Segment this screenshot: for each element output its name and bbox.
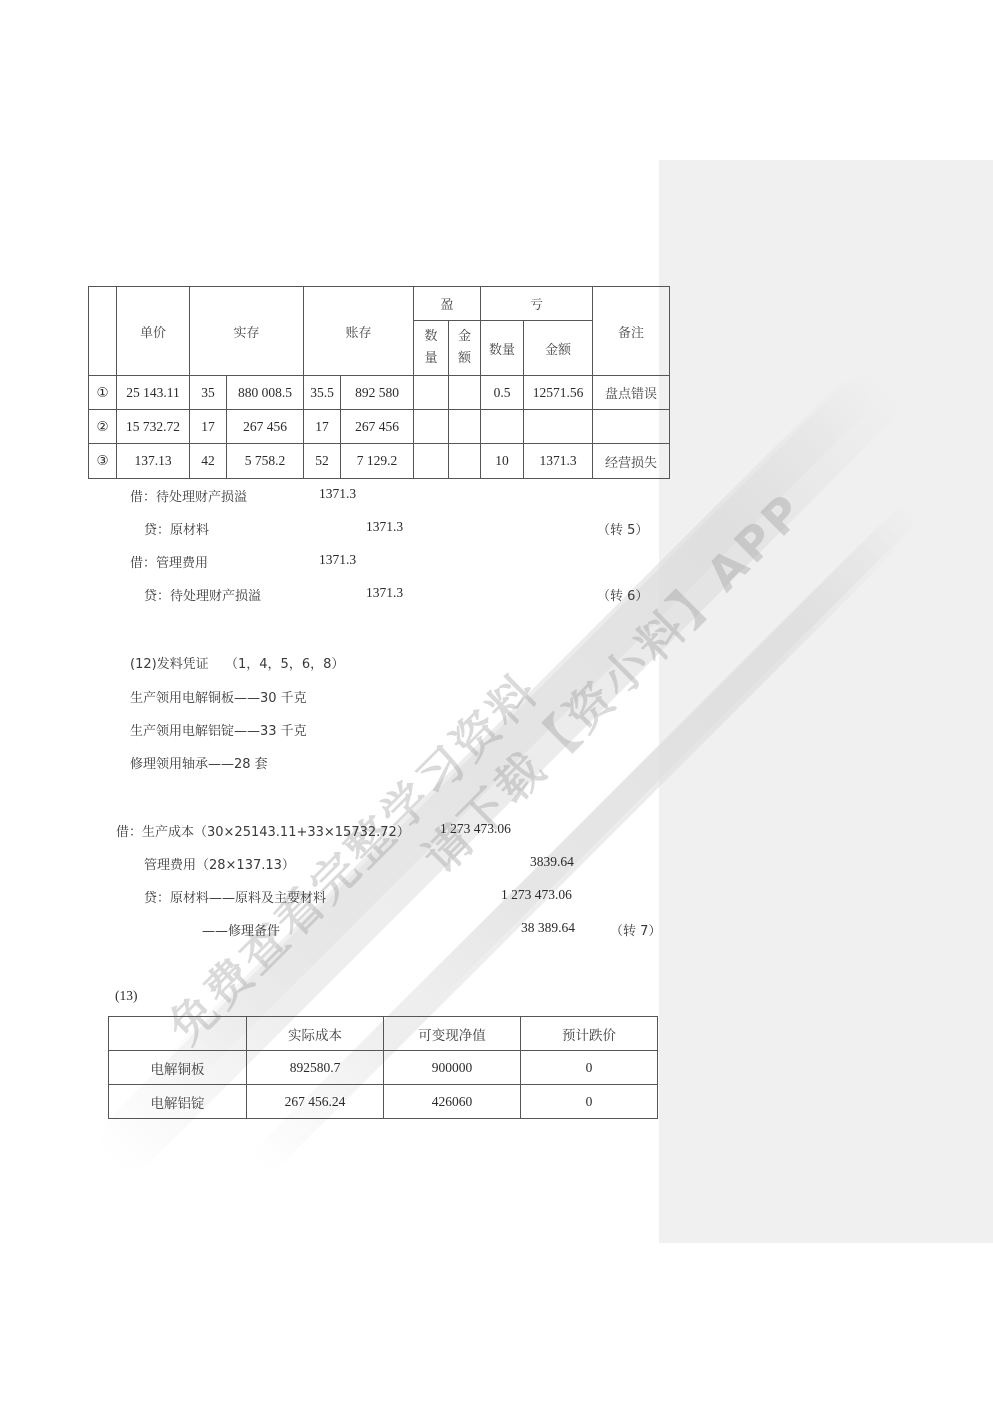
cell-book-qty: 17 [304, 410, 341, 444]
entry-credit-amount: 1371.3 [366, 585, 403, 601]
section-13-title: (13) [115, 988, 138, 1004]
entry-note: （转 5） [597, 519, 648, 538]
entry-debit-amount: 3839.64 [530, 854, 574, 870]
header-actual: 实存 [190, 287, 304, 376]
cell-book-amt: 892 580 [341, 376, 414, 410]
cell-shortage-qty: 10 [481, 444, 524, 479]
header-net-realizable-value: 可变现净值 [384, 1017, 521, 1051]
cell-unit-price: 15 732.72 [117, 410, 190, 444]
cell-item: 电解铝锭 [109, 1085, 247, 1119]
cell-net-realizable-value: 426060 [384, 1085, 521, 1119]
table-row: ② 15 732.72 17 267 456 17 267 456 [89, 410, 670, 444]
cell-shortage-amt [524, 410, 593, 444]
cell-remarks: 经营损失 [593, 444, 670, 479]
row-no: ① [89, 376, 117, 410]
entry-credit-label: 贷：原材料 [144, 519, 209, 538]
table-row: 电解铜板 892580.7 900000 0 [109, 1051, 658, 1085]
header-book: 账存 [304, 287, 414, 376]
cell-unit-price: 25 143.11 [117, 376, 190, 410]
entry-credit-label: 贷：原材料——原料及主要材料 [144, 887, 326, 906]
entry-debit-amount: 1 273 473.06 [440, 821, 511, 837]
cell-actual-amt: 267 456 [227, 410, 304, 444]
cell-shortage-amt: 1371.3 [524, 444, 593, 479]
row-no: ③ [89, 444, 117, 479]
cell-actual-amt: 880 008.5 [227, 376, 304, 410]
issue-item: 生产领用电解铝锭——33 千克 [130, 720, 307, 739]
entry-debit-amount: 1371.3 [319, 552, 356, 568]
cell-item: 电解铜板 [109, 1051, 247, 1085]
issue-item: 生产领用电解铜板——30 千克 [130, 687, 307, 706]
cell-shortage-qty [481, 410, 524, 444]
header-surplus: 盈 [414, 287, 481, 321]
cell-net-realizable-value: 900000 [384, 1051, 521, 1085]
entry-note: （转 7） [610, 920, 661, 939]
entry-credit-amount: 1 273 473.06 [501, 887, 572, 903]
cell-surplus-amt [449, 410, 481, 444]
cell-actual-amt: 5 758.2 [227, 444, 304, 479]
cell-surplus-qty [414, 410, 449, 444]
cell-shortage-amt: 12571.56 [524, 376, 593, 410]
header-surplus-amt: 金额 [449, 321, 481, 376]
entry-credit-amount: 38 389.64 [521, 920, 575, 936]
section-12-refs: （1，4，5，6，8） [225, 653, 344, 672]
header-surplus-qty: 数量 [414, 321, 449, 376]
net-realizable-value-table: 实际成本 可变现净值 预计跌价 电解铜板 892580.7 900000 0 电… [108, 1016, 658, 1119]
table-row: 电解铝锭 267 456.24 426060 0 [109, 1085, 658, 1119]
cell-expected-impairment: 0 [521, 1051, 658, 1085]
side-panel [659, 160, 993, 1243]
entry-credit-label: 贷：待处理财产损溢 [144, 585, 261, 604]
cell-book-qty: 52 [304, 444, 341, 479]
cell-actual-qty: 42 [190, 444, 227, 479]
cell-actual-cost: 892580.7 [247, 1051, 384, 1085]
cell-remarks: 盘点错误 [593, 376, 670, 410]
cell-unit-price: 137.13 [117, 444, 190, 479]
entry-debit-label: 借：待处理财产损溢 [130, 486, 247, 505]
entry-debit-amount: 1371.3 [319, 486, 356, 502]
cell-surplus-amt [449, 444, 481, 479]
entry-debit-label: 借：生产成本（30×25143.11+33×15732.72） [116, 821, 410, 840]
row-no: ② [89, 410, 117, 444]
table-row: ③ 137.13 42 5 758.2 52 7 129.2 10 1371.3… [89, 444, 670, 479]
header-unit-price: 单价 [117, 287, 190, 376]
cell-book-amt: 7 129.2 [341, 444, 414, 479]
cell-shortage-qty: 0.5 [481, 376, 524, 410]
cell-book-amt: 267 456 [341, 410, 414, 444]
entry-debit-label: 管理费用（28×137.13） [144, 854, 295, 873]
section-12-title: (12)发料凭证 [130, 653, 209, 672]
header-no [89, 287, 117, 376]
cell-actual-qty: 35 [190, 376, 227, 410]
table-header-row: 实际成本 可变现净值 预计跌价 [109, 1017, 658, 1051]
table-row: ① 25 143.11 35 880 008.5 35.5 892 580 0.… [89, 376, 670, 410]
cell-actual-cost: 267 456.24 [247, 1085, 384, 1119]
header-actual-cost: 实际成本 [247, 1017, 384, 1051]
inventory-check-table: 单价 实存 账存 盈 亏 备注 数量 金额 数量 金额 ① 25 143.11 … [88, 286, 670, 479]
cell-remarks [593, 410, 670, 444]
header-item [109, 1017, 247, 1051]
cell-surplus-qty [414, 444, 449, 479]
header-shortage: 亏 [481, 287, 593, 321]
header-shortage-qty: 数量 [481, 321, 524, 376]
header-remarks: 备注 [593, 287, 670, 376]
header-shortage-amt: 金额 [524, 321, 593, 376]
cell-expected-impairment: 0 [521, 1085, 658, 1119]
cell-book-qty: 35.5 [304, 376, 341, 410]
cell-surplus-amt [449, 376, 481, 410]
entry-credit-label: ——修理备件 [202, 920, 280, 939]
cell-actual-qty: 17 [190, 410, 227, 444]
cell-surplus-qty [414, 376, 449, 410]
entry-debit-label: 借：管理费用 [130, 552, 208, 571]
header-expected-impairment: 预计跌价 [521, 1017, 658, 1051]
issue-item: 修理领用轴承——28 套 [130, 753, 268, 772]
entry-credit-amount: 1371.3 [366, 519, 403, 535]
entry-note: （转 6） [597, 585, 648, 604]
